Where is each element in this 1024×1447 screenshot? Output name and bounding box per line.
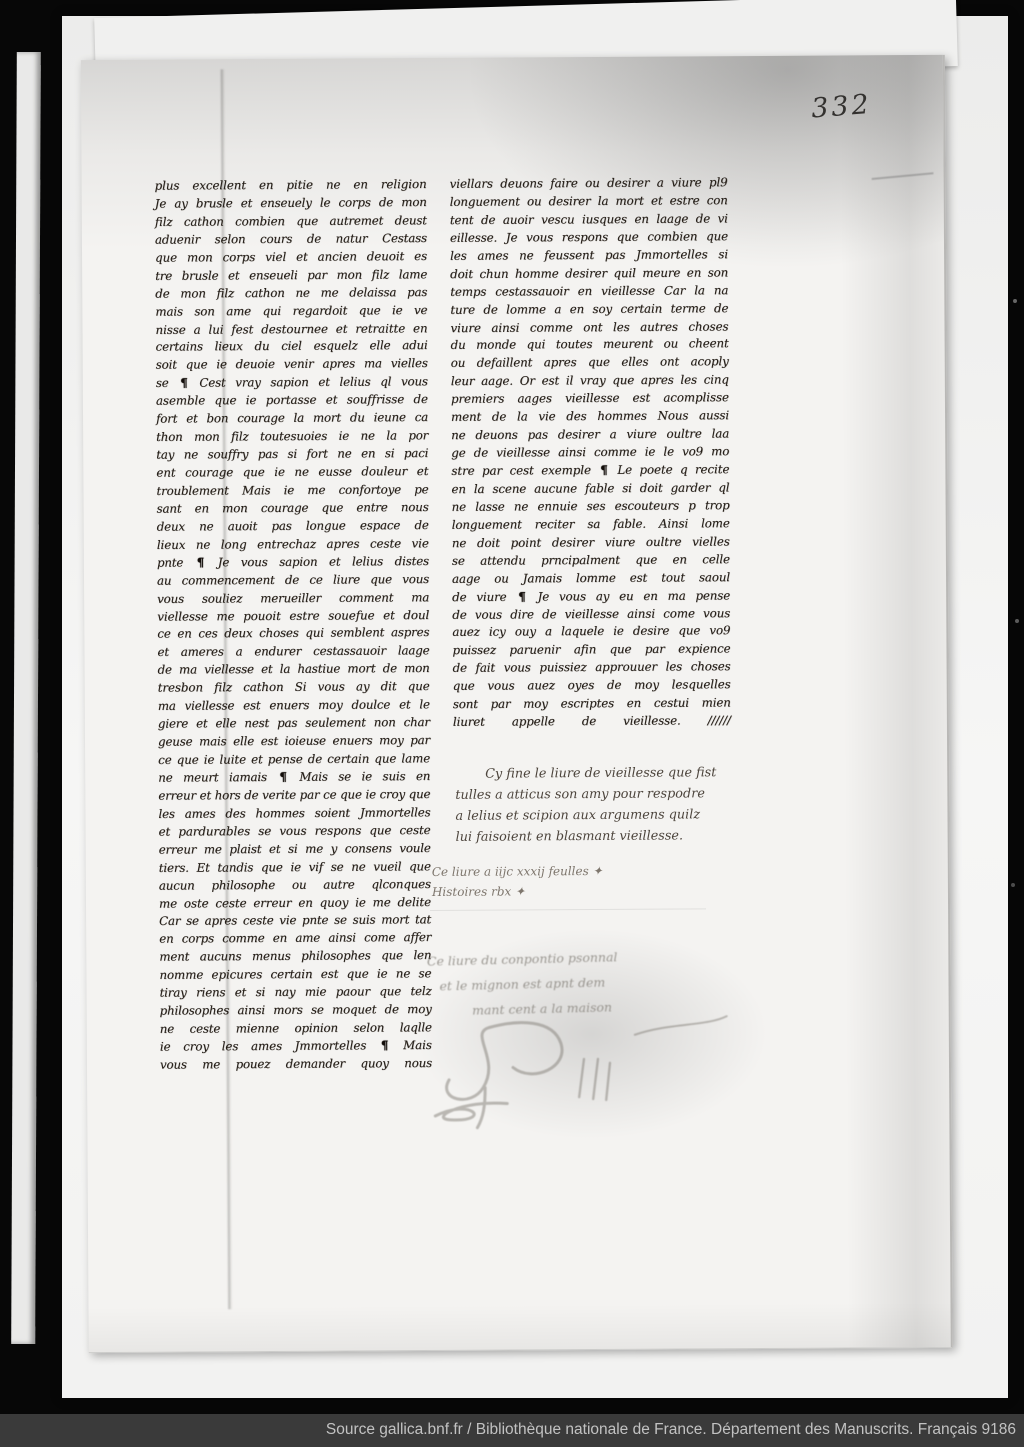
manuscript-line: longuement reciter sa fable. Ainsi lome <box>452 515 730 535</box>
manuscript-line: et ameres a endurer cestassauoir laage <box>157 643 429 663</box>
paragraph-mark-icon: ¶ <box>178 376 189 390</box>
manuscript-line: tent de auoir vescu iusques en laage de … <box>450 210 728 230</box>
manuscript-line: pnte ¶ Je vous sapion et lelius distes <box>157 553 429 573</box>
manuscript-line: aucun philosophe ou autre qlconques <box>159 876 431 896</box>
manuscript-line: geuse mais elle est ioieuse enuers moy p… <box>158 732 430 752</box>
page-edge-notch <box>872 172 934 180</box>
manuscript-line: lieux ne long entrechaz apres ceste vie <box>157 535 429 555</box>
manuscript-line: du monde qui toutes meurent ou cheent <box>451 336 729 356</box>
manuscript-line: sont par moy escriptes en cestui mien <box>453 695 731 715</box>
manuscript-line: de fait vous puissiez approuuer les chos… <box>453 658 731 678</box>
manuscript-line: ne lasse ne ennuie ses escouteurs p trop <box>452 497 730 517</box>
manuscript-line: les ames des hommes soient Jmmortelles <box>158 804 430 824</box>
explicit-colophon: Cy fine le liure de vieillesse que fistt… <box>455 762 736 848</box>
manuscript-line: ou defaillent apres que elles ont acoply <box>451 354 729 374</box>
text-column-1: plus excellent en pitie ne en religionJe… <box>155 176 432 1075</box>
manuscript-line: que vous auez oyes de moy lesquelles <box>453 676 731 696</box>
manuscript-line: premiers aages vieillesse est acomplisse <box>451 389 729 409</box>
manuscript-line: en la scene aucune fable si doit garder … <box>451 479 729 499</box>
manuscript-line: fort et bon courage la mort du ieune ca <box>156 409 428 429</box>
manuscript-line: ie croy les ames Jmmortelles ¶ Mais <box>160 1037 432 1057</box>
manuscript-line: certains lieux du ciel esquelz elle adui <box>156 337 428 357</box>
paragraph-mark-icon: ¶ <box>598 463 610 477</box>
manuscript-line: erreur me plaist et si me y consens voul… <box>159 840 431 860</box>
manuscript-line: Je ay brusle et enseuely le corps de mon <box>155 194 427 214</box>
manuscript-line: viellars deuons faire ou desirer a viure… <box>450 174 728 194</box>
manuscript-line: tulles a atticus son amy pour respodre <box>455 783 735 806</box>
manuscript-line: nomme epicures certain est que ie ne se <box>159 966 431 986</box>
manuscript-line: tresbon filz cathon Si vous ay dit que <box>158 678 430 698</box>
manuscript-line: ment de la vie des hommes Nous aussi <box>451 407 729 427</box>
manuscript-line: soit que ie deuoie venir apres ma vielle… <box>156 355 428 375</box>
manuscript-line: liuret appelle de vieillesse. ////// <box>453 712 731 732</box>
manuscript-line: stre par cest exemple ¶ Le poete q recit… <box>451 461 729 481</box>
previous-folio-edge <box>11 52 41 1344</box>
manuscript-line: Histoires rbx ✦ <box>432 880 722 902</box>
manuscript-line: les ames ne feussent pas Jmmortelles si <box>450 246 728 266</box>
manuscript-line: ment aucuns menus philosophes que len <box>159 947 431 967</box>
faint-ruling-line <box>430 908 706 911</box>
manuscript-line: se ¶ Cest vray sapion et lelius ql vous <box>156 374 428 394</box>
manuscript-line: de viure ¶ Je vous ay eu en ma pense <box>452 587 730 607</box>
paragraph-mark-icon: ¶ <box>277 770 288 784</box>
manuscript-line: Cy fine le liure de vieillesse que fist <box>455 762 735 785</box>
manuscript-line: ce que ie luite et pense de certain que … <box>158 750 430 770</box>
signature-flourish <box>427 986 738 1138</box>
paragraph-mark-icon: ¶ <box>195 555 206 569</box>
manuscript-line: de vous dire de vieillesse ainsi come vo… <box>452 605 730 625</box>
manuscript-line: ent courage que ie ne eusse douleur et <box>156 463 428 483</box>
manuscript-line: temps cestassauoir en vieillesse Car la … <box>450 282 728 302</box>
manuscript-line: philosophes ainsi mors se moquet de moy <box>160 1001 432 1021</box>
manuscript-line: me oste ceste erreur en quoy ie me delit… <box>159 893 431 913</box>
source-attribution-bar: Source gallica.bnf.fr / Bibliothèque nat… <box>0 1414 1024 1447</box>
manuscript-line: eillesse. Je vous respons que combien qu… <box>450 228 728 248</box>
manuscript-line: ture de lomme a en soy certain terme de <box>450 300 728 320</box>
manuscript-line: leur aage. Or est il vray que apres les … <box>451 372 729 392</box>
manuscript-line: viure ainsi comme ont les autres choses <box>450 318 728 338</box>
manuscript-line: asemble que ie portasse et souffrisse de <box>156 391 428 411</box>
manuscript-line: en corps comme en ame ainsi come affer <box>159 929 431 949</box>
manuscript-line: plus excellent en pitie ne en religion <box>155 176 427 196</box>
manuscript-line: puissez paruenir afin que par expience <box>452 641 730 661</box>
paragraph-mark-icon: ¶ <box>379 1038 391 1052</box>
manuscript-line: tre brusle et enseueli par mon filz lame <box>155 266 427 286</box>
manuscript-line: viellesse me pouoit estre souefue et dou… <box>157 607 429 627</box>
manuscript-line: de mon filz cathon ne me delaissa pas <box>155 284 427 304</box>
manuscript-line: ne doit point desirer viure oultre viell… <box>452 533 730 553</box>
source-attribution-text: Source gallica.bnf.fr / Bibliothèque nat… <box>326 1421 1016 1438</box>
paragraph-mark-icon: ¶ <box>516 589 527 603</box>
manuscript-line: au commencement de ce liure que vous <box>157 571 429 591</box>
manuscript-line: ma viellesse est enuers moy doulce et le <box>158 696 430 716</box>
manuscript-line: a lelius et scipion aux argumens quilz <box>455 804 735 827</box>
manuscript-line: vous souliez merueiller comment ma <box>157 589 429 609</box>
manuscript-line: aage ou Jamais lomme est tout saoul <box>452 569 730 589</box>
manuscript-line: longuement ou desirer la mort et estre c… <box>450 192 728 212</box>
manuscript-line: ge de vieillesse ainsi comme ie le vo9 m… <box>451 443 729 463</box>
manuscript-line: que mon corps viel et ancien deuoit es <box>155 248 427 268</box>
manuscript-line: Car se apres ceste vie pnte se suis mort… <box>159 912 431 932</box>
manuscript-line: mais son ame qui regardoit que ie ve <box>155 302 427 322</box>
manuscript-line: tiers. Et tandis que ie vif se ne vueil … <box>159 858 431 878</box>
manuscript-line: thon mon filz toutesuoies ie ne la por <box>156 427 428 447</box>
manuscript-line: ne ceste mienne opinion selon laqlle <box>160 1019 432 1039</box>
manuscript-line: sant en mon courage que entre nous <box>157 499 429 519</box>
manuscript-line: tiray riens et si nay mie paour que telz <box>159 983 431 1003</box>
manuscript-line: doit chun homme desirer quil meure en so… <box>450 264 728 284</box>
manuscript-line: et pardurables se vous respons que ceste <box>159 822 431 842</box>
manuscript-line: auez icy ouy a laquele ie desire que vo9 <box>452 623 730 643</box>
manuscript-line: se attendu prncipalment que en celle <box>452 551 730 571</box>
manuscript-line: tay ne souffry pas si fort ne en si paci <box>156 445 428 465</box>
manuscript-scan: 332 plus excellent en pitie ne en religi… <box>0 0 1024 1447</box>
manuscript-line: Ce liure a iijc xxxij feulles ✦ <box>432 860 722 882</box>
manuscript-line: troublement Mais ie me confortoye pe <box>156 481 428 501</box>
dust-specks <box>0 0 2 2</box>
manuscript-line: erreur et hors de verite par ce que ie c… <box>158 786 430 806</box>
text-column-2: viellars deuons faire ou desirer a viure… <box>450 174 731 732</box>
manuscript-line: ne deuons pas desirer a viure oultre laa <box>451 426 729 446</box>
manuscript-leaf: 332 plus excellent en pitie ne en religi… <box>81 55 953 1353</box>
manuscript-line: vous me pouez demander quoy nous <box>160 1055 432 1075</box>
manuscript-line: deux ne auoit pas longue espace de <box>157 517 429 537</box>
manuscript-line: lui faisoient en blasmant vieillesse. <box>456 825 736 848</box>
manuscript-line: giere et elle nest pas seulement non cha… <box>158 714 430 734</box>
manuscript-line: aduenir selon cours de natur Cestass <box>155 230 427 250</box>
librarian-note: Ce liure a iijc xxxij feulles ✦Histoires… <box>432 860 722 902</box>
manuscript-line: ce en ces deux choses qui semblent aspre… <box>157 624 429 644</box>
manuscript-line: ne meurt iamais ¶ Mais se ie suis en <box>158 768 430 788</box>
manuscript-line: filz cathon combien que autremet deust <box>155 212 427 232</box>
folio-number: 332 <box>810 85 922 124</box>
manuscript-line: de ma viellesse et la hastiue mort de mo… <box>158 660 430 680</box>
manuscript-line: nisse a lui fest destournee et retraitte… <box>155 320 427 340</box>
